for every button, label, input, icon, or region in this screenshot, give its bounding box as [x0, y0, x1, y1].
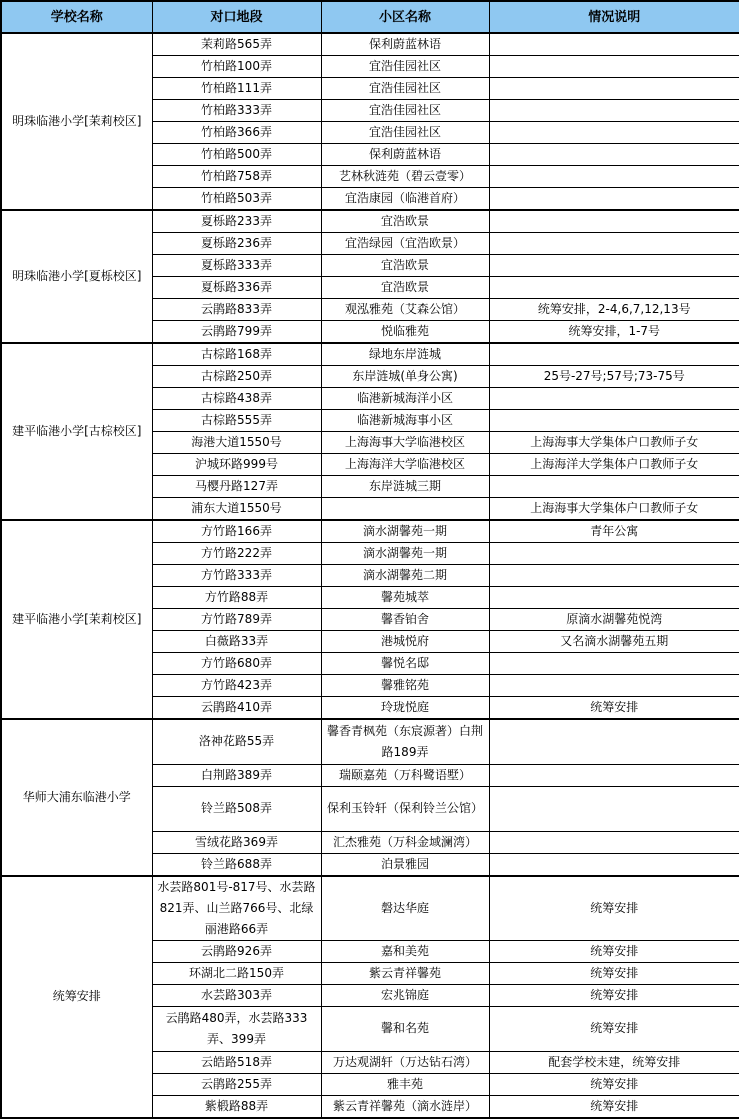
- school-name-cell: 建平临港小学[茉莉校区]: [1, 520, 152, 719]
- community-name-cell: 宜浩欧景: [321, 277, 489, 299]
- street-section-cell: 茉莉路565弄: [152, 33, 321, 56]
- remark-cell: [489, 653, 739, 675]
- remark-cell: [489, 255, 739, 277]
- school-name-cell: 统筹安排: [1, 876, 152, 1118]
- remark-cell: 上海海事大学集体户口教师子女: [489, 498, 739, 521]
- column-header-remark: 情况说明: [489, 1, 739, 33]
- remark-cell: [489, 587, 739, 609]
- school-name-cell: 明珠临港小学[茉莉校区]: [1, 33, 152, 210]
- remark-cell: 统筹安排，1-7号: [489, 321, 739, 344]
- community-name-cell: 观泓雅苑（艾森公馆）: [321, 299, 489, 321]
- street-section-cell: 云鹃路799弄: [152, 321, 321, 344]
- street-section-cell: 方竹路88弄: [152, 587, 321, 609]
- remark-cell: [489, 78, 739, 100]
- remark-cell: [489, 210, 739, 233]
- remark-cell: [489, 388, 739, 410]
- community-name-cell: 宜浩欧景: [321, 210, 489, 233]
- street-section-cell: 古棕路168弄: [152, 343, 321, 366]
- school-name-cell: 建平临港小学[古棕校区]: [1, 343, 152, 520]
- community-name-cell: 紫云青祥馨苑（滴水涟岸）: [321, 1095, 489, 1118]
- street-section-cell: 方竹路333弄: [152, 565, 321, 587]
- remark-cell: 统筹安排: [489, 876, 739, 941]
- school-district-table-page: 学校名称对口地段小区名称情况说明 明珠临港小学[茉莉校区]茉莉路565弄保利蔚蓝…: [0, 0, 739, 1119]
- street-section-cell: 夏栎路233弄: [152, 210, 321, 233]
- street-section-cell: 云鹃路410弄: [152, 697, 321, 720]
- table-row: 华师大浦东临港小学洛神花路55弄馨香青枫苑（东宸源著）白荆路189弄: [1, 719, 739, 764]
- street-section-cell: 方竹路166弄: [152, 520, 321, 543]
- street-section-cell: 水芸路801号-817号、水芸路821弄、山兰路766号、北绿丽港路66弄: [152, 876, 321, 941]
- street-section-cell: 洛神花路55弄: [152, 719, 321, 764]
- remark-cell: [489, 764, 739, 786]
- remark-cell: [489, 853, 739, 876]
- community-name-cell: 宜浩佳园社区: [321, 78, 489, 100]
- remark-cell: [489, 343, 739, 366]
- community-name-cell: 艺林秋涟苑（碧云壹零）: [321, 166, 489, 188]
- street-section-cell: 水芸路303弄: [152, 984, 321, 1006]
- community-name-cell: 雅丰苑: [321, 1073, 489, 1095]
- street-section-cell: 方竹路222弄: [152, 543, 321, 565]
- remark-cell: [489, 122, 739, 144]
- community-name-cell: 馨和名苑: [321, 1006, 489, 1051]
- remark-cell: 上海海洋大学集体户口教师子女: [489, 454, 739, 476]
- community-name-cell: 宜浩欧景: [321, 255, 489, 277]
- remark-cell: 上海海事大学集体户口教师子女: [489, 432, 739, 454]
- remark-cell: [489, 476, 739, 498]
- community-name-cell: 磐达华庭: [321, 876, 489, 941]
- community-name-cell: 保利蔚蓝林语: [321, 144, 489, 166]
- street-section-cell: 云皓路518弄: [152, 1051, 321, 1073]
- street-section-cell: 云鹃路926弄: [152, 940, 321, 962]
- remark-cell: 统筹安排: [489, 940, 739, 962]
- remark-cell: [489, 188, 739, 211]
- street-section-cell: 古棕路555弄: [152, 410, 321, 432]
- street-section-cell: 夏栎路236弄: [152, 233, 321, 255]
- remark-cell: 统筹安排: [489, 984, 739, 1006]
- street-section-cell: 白荆路389弄: [152, 764, 321, 786]
- remark-cell: [489, 675, 739, 697]
- street-section-cell: 竹柏路503弄: [152, 188, 321, 211]
- school-name-cell: 华师大浦东临港小学: [1, 719, 152, 876]
- street-section-cell: 云鹃路255弄: [152, 1073, 321, 1095]
- remark-cell: [489, 56, 739, 78]
- column-header-community-name: 小区名称: [321, 1, 489, 33]
- remark-cell: 统筹安排: [489, 697, 739, 720]
- community-name-cell: 馨香铂舍: [321, 609, 489, 631]
- community-name-cell: 保利蔚蓝林语: [321, 33, 489, 56]
- remark-cell: 原滴水湖馨苑悦湾: [489, 609, 739, 631]
- remark-cell: 又名滴水湖馨苑五期: [489, 631, 739, 653]
- community-name-cell: 绿地东岸涟城: [321, 343, 489, 366]
- header-row: 学校名称对口地段小区名称情况说明: [1, 1, 739, 33]
- street-section-cell: 竹柏路100弄: [152, 56, 321, 78]
- street-section-cell: 雪绒花路369弄: [152, 831, 321, 853]
- remark-cell: [489, 166, 739, 188]
- school-district-table: 学校名称对口地段小区名称情况说明 明珠临港小学[茉莉校区]茉莉路565弄保利蔚蓝…: [0, 0, 739, 1119]
- community-name-cell: 馨香青枫苑（东宸源著）白荆路189弄: [321, 719, 489, 764]
- community-name-cell: [321, 498, 489, 521]
- street-section-cell: 方竹路423弄: [152, 675, 321, 697]
- community-name-cell: 保利玉铃轩（保利铃兰公馆）: [321, 786, 489, 831]
- street-section-cell: 云鹃路480弄，水芸路333弄、399弄: [152, 1006, 321, 1051]
- remark-cell: [489, 543, 739, 565]
- street-section-cell: 方竹路789弄: [152, 609, 321, 631]
- table-row: 明珠临港小学[茉莉校区]茉莉路565弄保利蔚蓝林语: [1, 33, 739, 56]
- community-name-cell: 滴水湖馨苑二期: [321, 565, 489, 587]
- remark-cell: [489, 410, 739, 432]
- street-section-cell: 白薇路33弄: [152, 631, 321, 653]
- remark-cell: [489, 233, 739, 255]
- community-name-cell: 宏兆锦庭: [321, 984, 489, 1006]
- remark-cell: [489, 144, 739, 166]
- community-name-cell: 万达观湖轩（万达钻石湾）: [321, 1051, 489, 1073]
- street-section-cell: 海港大道1550号: [152, 432, 321, 454]
- community-name-cell: 临港新城海事小区: [321, 410, 489, 432]
- table-body: 明珠临港小学[茉莉校区]茉莉路565弄保利蔚蓝林语竹柏路100弄宜浩佳园社区竹柏…: [1, 33, 739, 1118]
- community-name-cell: 汇杰雅苑（万科金域澜湾）: [321, 831, 489, 853]
- street-section-cell: 紫椴路88弄: [152, 1095, 321, 1118]
- community-name-cell: 东岸涟城(单身公寓): [321, 366, 489, 388]
- street-section-cell: 浦东大道1550号: [152, 498, 321, 521]
- community-name-cell: 临港新城海洋小区: [321, 388, 489, 410]
- table-row: 建平临港小学[古棕校区]古棕路168弄绿地东岸涟城: [1, 343, 739, 366]
- street-section-cell: 马樱丹路127弄: [152, 476, 321, 498]
- remark-cell: 统筹安排: [489, 1006, 739, 1051]
- remark-cell: 配套学校未建，统筹安排: [489, 1051, 739, 1073]
- remark-cell: [489, 277, 739, 299]
- street-section-cell: 方竹路680弄: [152, 653, 321, 675]
- table-header: 学校名称对口地段小区名称情况说明: [1, 1, 739, 33]
- street-section-cell: 竹柏路111弄: [152, 78, 321, 100]
- column-header-street-section: 对口地段: [152, 1, 321, 33]
- community-name-cell: 玲珑悦庭: [321, 697, 489, 720]
- community-name-cell: 馨苑城萃: [321, 587, 489, 609]
- school-name-cell: 明珠临港小学[夏栎校区]: [1, 210, 152, 343]
- street-section-cell: 沪城环路999号: [152, 454, 321, 476]
- street-section-cell: 铃兰路508弄: [152, 786, 321, 831]
- community-name-cell: 宜浩佳园社区: [321, 56, 489, 78]
- community-name-cell: 宜浩佳园社区: [321, 100, 489, 122]
- community-name-cell: 滴水湖馨苑一期: [321, 520, 489, 543]
- remark-cell: [489, 33, 739, 56]
- community-name-cell: 瑞颐嘉苑（万科鹭语墅）: [321, 764, 489, 786]
- remark-cell: 青年公寓: [489, 520, 739, 543]
- community-name-cell: 宜浩康园（临港首府）: [321, 188, 489, 211]
- street-section-cell: 竹柏路758弄: [152, 166, 321, 188]
- remark-cell: 统筹安排: [489, 1095, 739, 1118]
- street-section-cell: 环湖北二路150弄: [152, 962, 321, 984]
- community-name-cell: 紫云青祥馨苑: [321, 962, 489, 984]
- street-section-cell: 古棕路250弄: [152, 366, 321, 388]
- remark-cell: [489, 565, 739, 587]
- community-name-cell: 上海海洋大学临港校区: [321, 454, 489, 476]
- community-name-cell: 宜浩绿园（宜浩欧景）: [321, 233, 489, 255]
- street-section-cell: 竹柏路333弄: [152, 100, 321, 122]
- remark-cell: 统筹安排: [489, 962, 739, 984]
- table-row: 明珠临港小学[夏栎校区]夏栎路233弄宜浩欧景: [1, 210, 739, 233]
- street-section-cell: 竹柏路500弄: [152, 144, 321, 166]
- table-row: 建平临港小学[茉莉校区]方竹路166弄滴水湖馨苑一期青年公寓: [1, 520, 739, 543]
- community-name-cell: 滴水湖馨苑一期: [321, 543, 489, 565]
- remark-cell: 25号-27号;57号;73-75号: [489, 366, 739, 388]
- remark-cell: [489, 719, 739, 764]
- community-name-cell: 馨雅铭苑: [321, 675, 489, 697]
- remark-cell: [489, 100, 739, 122]
- remark-cell: [489, 831, 739, 853]
- street-section-cell: 夏栎路336弄: [152, 277, 321, 299]
- remark-cell: 统筹安排: [489, 1073, 739, 1095]
- community-name-cell: 东岸涟城三期: [321, 476, 489, 498]
- column-header-school-name: 学校名称: [1, 1, 152, 33]
- street-section-cell: 古棕路438弄: [152, 388, 321, 410]
- community-name-cell: 悦临雅苑: [321, 321, 489, 344]
- community-name-cell: 嘉和美苑: [321, 940, 489, 962]
- street-section-cell: 铃兰路688弄: [152, 853, 321, 876]
- community-name-cell: 上海海事大学临港校区: [321, 432, 489, 454]
- street-section-cell: 云鹃路833弄: [152, 299, 321, 321]
- community-name-cell: 馨悦名邸: [321, 653, 489, 675]
- community-name-cell: 港城悦府: [321, 631, 489, 653]
- street-section-cell: 竹柏路366弄: [152, 122, 321, 144]
- street-section-cell: 夏栎路333弄: [152, 255, 321, 277]
- remark-cell: [489, 786, 739, 831]
- table-row: 统筹安排水芸路801号-817号、水芸路821弄、山兰路766号、北绿丽港路66…: [1, 876, 739, 941]
- remark-cell: 统筹安排，2-4,6,7,12,13号: [489, 299, 739, 321]
- community-name-cell: 宜浩佳园社区: [321, 122, 489, 144]
- community-name-cell: 泊景雅园: [321, 853, 489, 876]
